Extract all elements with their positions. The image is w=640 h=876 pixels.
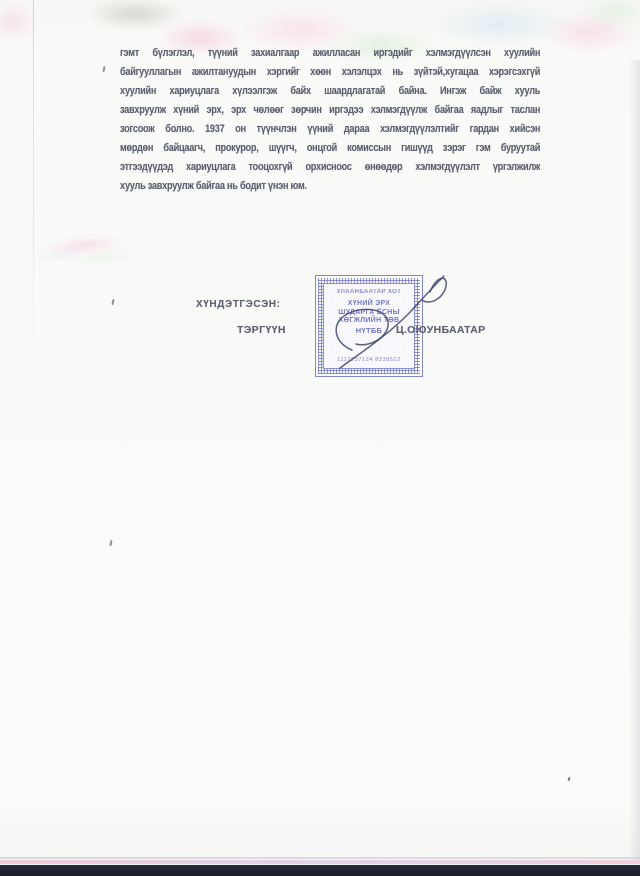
scan-edge-pink-line: [0, 860, 640, 864]
body-paragraph: гэмт бүлэглэл, түүний захиалгаар ажиллас…: [120, 44, 540, 196]
scan-speck: [567, 777, 570, 781]
scan-speck: [109, 540, 112, 546]
scanned-document-page: гэмт бүлэглэл, түүний захиалгаар ажиллас…: [0, 0, 640, 876]
body-line: хуулийн хариуцлага хүлээлгэж байх шаардл…: [120, 82, 540, 101]
signature-top-loop: [422, 278, 446, 302]
body-line: этгээдүүдэд хариуцлага тооцохгүй орхисно…: [120, 158, 540, 177]
scan-speck: [111, 299, 114, 305]
signer-title: ТЭРГҮҮН: [237, 324, 286, 336]
scan-artifact-left-streak: [27, 215, 162, 283]
body-line: хууль завхруулж байгаа нь бодит үнэн юм.: [120, 177, 540, 196]
signature-loop: [336, 309, 388, 350]
body-line: зогсоож болно. 1937 он түүнчлэн үүний да…: [120, 120, 540, 139]
scan-artifact-top-left: [0, 0, 60, 60]
scan-edge-gray-line: [0, 857, 640, 859]
scan-speck: [102, 66, 105, 72]
scan-edge-dark-band: [0, 865, 640, 876]
handwritten-signature: [305, 258, 465, 383]
closing-salutation: ХҮНДЭТГЭСЭН:: [196, 299, 281, 310]
body-line: байгууллагын ажилтануудын хэргийг хөөн х…: [120, 63, 540, 82]
body-line: мөрдөн байцаагч, прокурор, шүүгч, онцгой…: [120, 139, 540, 158]
body-line: завхруулж хүний эрх, эрх чөлөөг зөрчин и…: [120, 101, 540, 120]
signer-name: Ц.ОЮУНБААТАР: [396, 324, 485, 336]
scan-edge-left-line: [33, 0, 34, 340]
scan-edge-right-shade: [628, 60, 640, 860]
signature-stroke: [340, 276, 444, 368]
body-line: гэмт бүлэглэл, түүний захиалгаар ажиллас…: [120, 44, 540, 63]
